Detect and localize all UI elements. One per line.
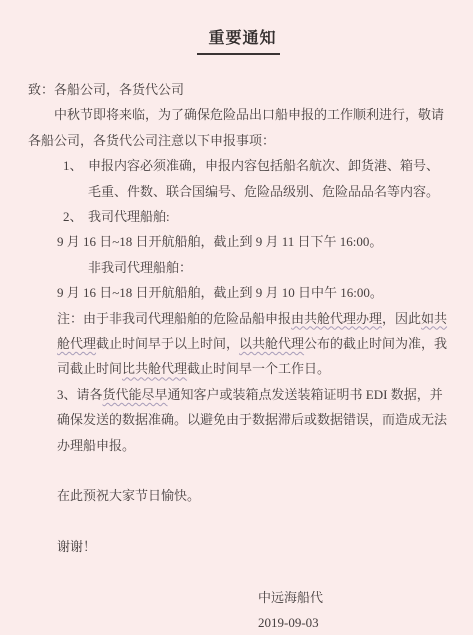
notice-document: 重要通知 致：各船公司，各货代公司中秋节即将来临，为了确保危险品出口船申报的工作…	[0, 0, 473, 635]
intro-paragraph: 中秋节即将来临，为了确保危险品出口船申报的工作顺利进行，敬请各船公司，各货代公司…	[28, 102, 449, 153]
text-segment: 我司代理船舶:	[88, 209, 170, 224]
recipient-line: 致：各船公司，各货代公司	[28, 77, 449, 102]
signature-block: 中远海船代 2019-09-03	[258, 585, 449, 635]
wavy-underlined-text: 货代能尽早	[103, 387, 168, 402]
text-segment: ，因此	[382, 311, 421, 326]
wavy-underlined-text: 比共舱代理	[122, 361, 187, 376]
text-segment: 截止时间早于以上时间，	[96, 336, 239, 351]
text-segment: 3、请各	[57, 387, 103, 402]
greeting-line: 在此预祝大家节日愉快。	[57, 483, 449, 508]
item-2: 2、我司代理船舶:	[28, 204, 449, 229]
text-segment: 截止时间早一个工作日。	[187, 361, 330, 376]
text-segment: 注：由于非我司代理船舶的危险品船申报	[57, 311, 291, 326]
text-segment: 申报内容必须准确，申报内容包括船名航次、卸货港、箱号、毛重、件数、联合国编号、危…	[88, 158, 439, 198]
deadline-non-agency: 9 月 16 日~18 日开航船舶，截止到 9 月 10 日中午 16:00。	[57, 280, 449, 305]
item-3: 3、请各货代能尽早通知客户或装箱点发送装箱证明书 EDI 数据，并确保发送的数据…	[57, 382, 449, 458]
wavy-underlined-text: 以共舱代理	[239, 336, 304, 351]
blank-line	[28, 458, 449, 483]
title-row: 重要通知	[28, 26, 449, 55]
signature-date: 2019-09-03	[258, 610, 449, 635]
deadline-our-agency: 9 月 16 日~18 日开航船舶，截止到 9 月 11 日下午 16:00。	[57, 229, 449, 254]
list-marker: 1、	[63, 153, 88, 178]
list-marker: 2、	[63, 204, 88, 229]
non-agency-heading: 非我司代理船舶：	[88, 255, 449, 280]
signature-company: 中远海船代	[258, 585, 449, 610]
thanks-line: 谢谢！	[57, 534, 449, 559]
blank-line	[28, 509, 449, 534]
page-title: 重要通知	[197, 26, 279, 55]
wavy-underlined-text: 由共舱代理办理	[291, 311, 382, 326]
item-1: 1、申报内容必须准确，申报内容包括船名航次、卸货港、箱号、毛重、件数、联合国编号…	[28, 153, 449, 204]
document-body: 致：各船公司，各货代公司中秋节即将来临，为了确保危险品出口船申报的工作顺利进行，…	[28, 77, 449, 559]
note-paragraph: 注：由于非我司代理船舶的危险品船申报由共舱代理办理，因此如共舱代理截止时间早于以…	[57, 306, 449, 382]
